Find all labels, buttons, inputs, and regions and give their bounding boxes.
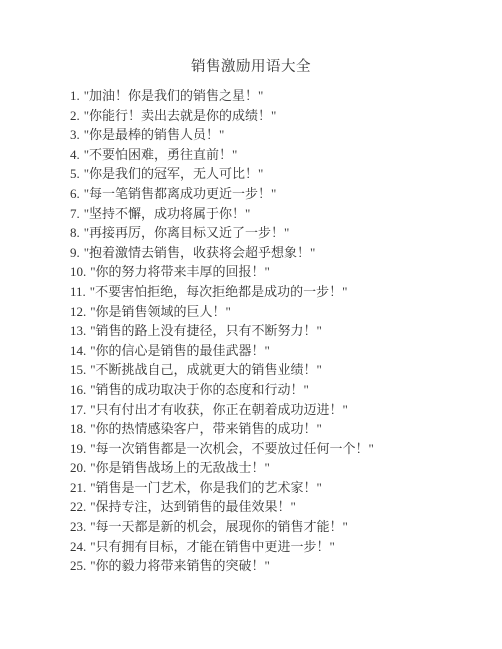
- item-number: 16.: [70, 380, 90, 400]
- list-item: 19."每一次销售都是一次机会，不要放过任何一个！": [70, 439, 482, 459]
- list-item: 10."你的努力将带来丰厚的回报！": [70, 262, 482, 282]
- list-item: 21."销售是一门艺术，你是我们的艺术家！": [70, 478, 482, 498]
- item-text: "你的毅力将带来销售的突破！": [90, 558, 270, 573]
- item-text: "再接再厉，你离目标又近了一步！": [84, 225, 290, 240]
- item-text: "你是最棒的销售人员！": [84, 127, 225, 142]
- item-number: 7.: [70, 204, 84, 224]
- item-number: 20.: [70, 458, 90, 478]
- item-text: "每一天都是新的机会，展现你的销售才能！": [90, 519, 348, 534]
- list-item: 17."只有付出才有收获，你正在朝着成功迈进！": [70, 400, 482, 420]
- item-number: 17.: [70, 400, 90, 420]
- item-text: "你的努力将带来丰厚的回报！": [90, 264, 270, 279]
- list-item: 14."你的信心是销售的最佳武器！": [70, 341, 482, 361]
- list-item: 24."只有拥有目标，才能在销售中更进一步！": [70, 537, 482, 557]
- item-text: "每一笔销售都离成功更近一步！": [84, 186, 277, 201]
- item-text: "销售的路上没有捷径，只有不断努力！": [90, 323, 322, 338]
- item-text: "不要怕困难，勇往直前！": [84, 147, 238, 162]
- list-item: 9."抱着激情去销售，收获将会超乎想象！": [70, 243, 482, 263]
- list-item: 20."你是销售战场上的无敌战士！": [70, 458, 482, 478]
- item-text: "销售的成功取决于你的态度和行动！": [90, 382, 309, 397]
- item-number: 25.: [70, 556, 90, 576]
- page-title: 销售激励用语大全: [0, 0, 502, 76]
- item-number: 19.: [70, 439, 90, 459]
- item-number: 4.: [70, 145, 84, 165]
- list-item: 4."不要怕困难，勇往直前！": [70, 145, 482, 165]
- item-text: "只有拥有目标，才能在销售中更进一步！": [90, 539, 335, 554]
- item-text: "你的热情感染客户，带来销售的成功！": [90, 421, 322, 436]
- item-text: "保持专注，达到销售的最佳效果！": [90, 499, 296, 514]
- item-number: 1.: [70, 86, 84, 106]
- item-number: 18.: [70, 419, 90, 439]
- item-text: "你能行！卖出去就是你的成绩！": [84, 108, 277, 123]
- item-number: 2.: [70, 106, 84, 126]
- item-text: "你是销售领域的巨人！": [90, 304, 231, 319]
- item-text: "不要害怕拒绝，每次拒绝都是成功的一步！": [90, 284, 348, 299]
- list-item: 16."销售的成功取决于你的态度和行动！": [70, 380, 482, 400]
- item-text: "坚持不懈，成功将属于你！": [84, 206, 251, 221]
- list-item: 5."你是我们的冠军，无人可比！": [70, 164, 482, 184]
- list-item: 8."再接再厉，你离目标又近了一步！": [70, 223, 482, 243]
- list-item: 23."每一天都是新的机会，展现你的销售才能！": [70, 517, 482, 537]
- item-number: 24.: [70, 537, 90, 557]
- item-text: "每一次销售都是一次机会，不要放过任何一个！": [90, 441, 374, 456]
- item-number: 15.: [70, 360, 90, 380]
- list-item: 6."每一笔销售都离成功更近一步！": [70, 184, 482, 204]
- item-number: 8.: [70, 223, 84, 243]
- item-number: 13.: [70, 321, 90, 341]
- item-number: 11.: [70, 282, 90, 302]
- quote-list: 1."加油！你是我们的销售之星！"2."你能行！卖出去就是你的成绩！"3."你是…: [0, 86, 502, 576]
- list-item: 15."不断挑战自己，成就更大的销售业绩！": [70, 360, 482, 380]
- item-text: "你的信心是销售的最佳武器！": [90, 343, 270, 358]
- item-number: 5.: [70, 164, 84, 184]
- list-item: 22."保持专注，达到销售的最佳效果！": [70, 497, 482, 517]
- item-text: "只有付出才有收获，你正在朝着成功迈进！": [90, 402, 348, 417]
- item-text: "不断挑战自己，成就更大的销售业绩！": [90, 362, 322, 377]
- item-number: 9.: [70, 243, 84, 263]
- item-number: 21.: [70, 478, 90, 498]
- item-number: 14.: [70, 341, 90, 361]
- list-item: 7."坚持不懈，成功将属于你！": [70, 204, 482, 224]
- item-text: "抱着激情去销售，收获将会超乎想象！": [84, 245, 316, 260]
- list-item: 18."你的热情感染客户，带来销售的成功！": [70, 419, 482, 439]
- item-number: 12.: [70, 302, 90, 322]
- list-item: 13."销售的路上没有捷径，只有不断努力！": [70, 321, 482, 341]
- list-item: 1."加油！你是我们的销售之星！": [70, 86, 482, 106]
- item-number: 23.: [70, 517, 90, 537]
- item-number: 22.: [70, 497, 90, 517]
- item-number: 3.: [70, 125, 84, 145]
- item-number: 10.: [70, 262, 90, 282]
- item-text: "加油！你是我们的销售之星！": [84, 88, 264, 103]
- list-item: 2."你能行！卖出去就是你的成绩！": [70, 106, 482, 126]
- item-text: "你是销售战场上的无敌战士！": [90, 460, 270, 475]
- item-text: "你是我们的冠军，无人可比！": [84, 166, 264, 181]
- list-item: 12."你是销售领域的巨人！": [70, 302, 482, 322]
- item-number: 6.: [70, 184, 84, 204]
- item-text: "销售是一门艺术，你是我们的艺术家！": [90, 480, 322, 495]
- list-item: 25."你的毅力将带来销售的突破！": [70, 556, 482, 576]
- list-item: 3."你是最棒的销售人员！": [70, 125, 482, 145]
- document-page: 销售激励用语大全 1."加油！你是我们的销售之星！"2."你能行！卖出去就是你的…: [0, 0, 502, 649]
- list-item: 11."不要害怕拒绝，每次拒绝都是成功的一步！": [70, 282, 482, 302]
